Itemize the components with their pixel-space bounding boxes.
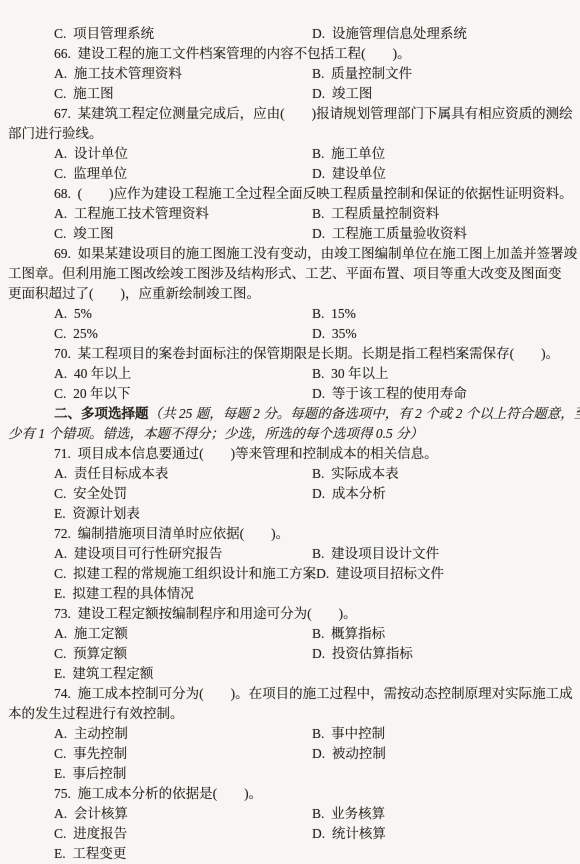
option-row: C. 事先控制D. 被动控制 [8, 744, 576, 764]
option-left: E. 事后控制 [54, 764, 312, 784]
option-left: A. 责任目标成本表 [54, 464, 312, 484]
option-left: A. 施工技术管理资料 [54, 64, 312, 84]
option-right: B. 概算指标 [312, 624, 385, 644]
option-right: D. 竣工图 [312, 84, 372, 104]
option-left: C. 25% [54, 324, 312, 344]
option-right: D. 设施管理信息处理系统 [312, 24, 467, 44]
document-lines: C. 项目管理系统D. 设施管理信息处理系统66. 建设工程的施工文件档案管理的… [8, 24, 576, 864]
option-right: B. 30 年以上 [312, 364, 389, 384]
option-left: A. 会计核算 [54, 804, 312, 824]
paragraph-line: 更面积超过了( )，应重新绘制竣工图。 [8, 284, 576, 304]
option-row: E. 拟建工程的具体情况 [8, 584, 576, 604]
option-row: E. 建筑工程定额 [8, 664, 576, 684]
option-left: E. 资源计划表 [54, 504, 312, 524]
option-left: A. 工程施工技术管理资料 [54, 204, 312, 224]
option-right: B. 15% [312, 304, 356, 324]
option-right: D. 工程施工质量验收资料 [312, 224, 467, 244]
option-right: B. 建设项目设计文件 [312, 544, 439, 564]
option-row: C. 竣工图D. 工程施工质量验收资料 [8, 224, 576, 244]
option-left: A. 建设项目可行性研究报告 [54, 544, 312, 564]
option-right: D. 被动控制 [312, 744, 386, 764]
question-text: 71. 项目成本信息要通过( )等来管理和控制成本的相关信息。 [8, 444, 576, 464]
option-left: C. 竣工图 [54, 224, 312, 244]
question-text: 70. 某工程项目的案卷封面标注的保管期限是长期。长期是指工程档案需保存( )。 [8, 344, 576, 364]
option-row: A. 建设项目可行性研究报告B. 建设项目设计文件 [8, 544, 576, 564]
option-left: A. 5% [54, 304, 312, 324]
option-row: A. 5%B. 15% [8, 304, 576, 324]
option-row: C. 25%D. 35% [8, 324, 576, 344]
option-right: B. 业务核算 [312, 804, 385, 824]
paragraph-line: 工图章。但利用施工图改绘竣工图涉及结构形式、工艺、平面布置、项目等重大改变及图面… [8, 264, 576, 284]
question-text: 74. 施工成本控制可分为( )。在项目的施工过程中，需按动态控制原理对实际施工… [8, 684, 576, 704]
question-text: 68. ( )应作为建设工程施工全过程全面反映工程质量控制和保证的依据性证明资料… [8, 184, 576, 204]
option-right: B. 实际成本表 [312, 464, 399, 484]
option-right: B. 工程质量控制资料 [312, 204, 439, 224]
question-text: 73. 建设工程定额按编制程序和用途可分为( )。 [8, 604, 576, 624]
option-right: D. 投资估算指标 [312, 644, 413, 664]
option-left: A. 40 年以上 [54, 364, 312, 384]
option-left: A. 施工定额 [54, 624, 312, 644]
paragraph-line: 部门进行验线。 [8, 124, 576, 144]
option-left: A. 主动控制 [54, 724, 312, 744]
option-row: C. 进度报告D. 统计核算 [8, 824, 576, 844]
option-row: A. 工程施工技术管理资料B. 工程质量控制资料 [8, 204, 576, 224]
section-note-text: 少有 1 个错项。错选，本题不得分；少选，所选的每个选项得 0.5 分） [8, 426, 423, 441]
option-right: B. 质量控制文件 [312, 64, 412, 84]
question-text: 67. 某建筑工程定位测量完成后，应由( )报请规划管理部门下属具有相应资质的测… [8, 104, 576, 124]
option-left: C. 拟建工程的常规施工组织设计和施工方案 [54, 564, 316, 584]
option-row: A. 施工定额B. 概算指标 [8, 624, 576, 644]
exam-page: C. 项目管理系统D. 设施管理信息处理系统66. 建设工程的施工文件档案管理的… [0, 0, 580, 864]
section-note: （共 25 题，每题 2 分。每题的备选项中，有 2 个或 2 个以上符合题意，… [149, 406, 580, 421]
question-text: 66. 建设工程的施工文件档案管理的内容不包括工程( )。 [8, 44, 576, 64]
option-row: E. 工程变更 [8, 844, 576, 864]
option-row: A. 40 年以上B. 30 年以上 [8, 364, 576, 384]
option-row: C. 项目管理系统D. 设施管理信息处理系统 [8, 24, 576, 44]
option-left: C. 施工图 [54, 84, 312, 104]
option-row: C. 施工图D. 竣工图 [8, 84, 576, 104]
option-right: D. 建设项目招标文件 [316, 564, 444, 584]
paragraph-line: 本的发生过程进行有效控制。 [8, 704, 576, 724]
option-left: C. 20 年以下 [54, 384, 312, 404]
option-left: C. 项目管理系统 [54, 24, 312, 44]
option-row: E. 事后控制 [8, 764, 576, 784]
option-right: D. 成本分析 [312, 484, 386, 504]
option-right: B. 施工单位 [312, 144, 385, 164]
option-left: E. 拟建工程的具体情况 [54, 584, 312, 604]
option-left: E. 工程变更 [54, 844, 312, 864]
option-row: C. 监理单位D. 建设单位 [8, 164, 576, 184]
question-text: 69. 如果某建设项目的施工图施工没有变动，由竣工图编制单位在施工图上加盖并签署… [8, 244, 576, 264]
option-row: C. 拟建工程的常规施工组织设计和施工方案D. 建设项目招标文件 [8, 564, 576, 584]
option-left: E. 建筑工程定额 [54, 664, 312, 684]
option-row: C. 预算定额D. 投资估算指标 [8, 644, 576, 664]
section-note-continuation: 少有 1 个错项。错选，本题不得分；少选，所选的每个选项得 0.5 分） [8, 424, 576, 444]
option-right: D. 35% [312, 324, 357, 344]
option-row: C. 安全处罚D. 成本分析 [8, 484, 576, 504]
option-right: D. 建设单位 [312, 164, 386, 184]
option-left: A. 设计单位 [54, 144, 312, 164]
section-heading: 二、多项选择题（共 25 题，每题 2 分。每题的备选项中，有 2 个或 2 个… [8, 404, 576, 424]
option-row: A. 施工技术管理资料B. 质量控制文件 [8, 64, 576, 84]
question-text: 75. 施工成本分析的依据是( )。 [8, 784, 576, 804]
option-left: C. 安全处罚 [54, 484, 312, 504]
option-right: B. 事中控制 [312, 724, 385, 744]
option-right: D. 统计核算 [312, 824, 386, 844]
section-title: 二、多项选择题 [54, 406, 149, 421]
option-left: C. 进度报告 [54, 824, 312, 844]
option-row: A. 设计单位B. 施工单位 [8, 144, 576, 164]
option-left: C. 监理单位 [54, 164, 312, 184]
option-left: C. 预算定额 [54, 644, 312, 664]
option-row: A. 责任目标成本表B. 实际成本表 [8, 464, 576, 484]
option-row: E. 资源计划表 [8, 504, 576, 524]
option-row: C. 20 年以下D. 等于该工程的使用寿命 [8, 384, 576, 404]
option-row: A. 主动控制B. 事中控制 [8, 724, 576, 744]
question-text: 72. 编制措施项目清单时应依据( )。 [8, 524, 576, 544]
option-left: C. 事先控制 [54, 744, 312, 764]
option-row: A. 会计核算B. 业务核算 [8, 804, 576, 824]
option-right: D. 等于该工程的使用寿命 [312, 384, 467, 404]
